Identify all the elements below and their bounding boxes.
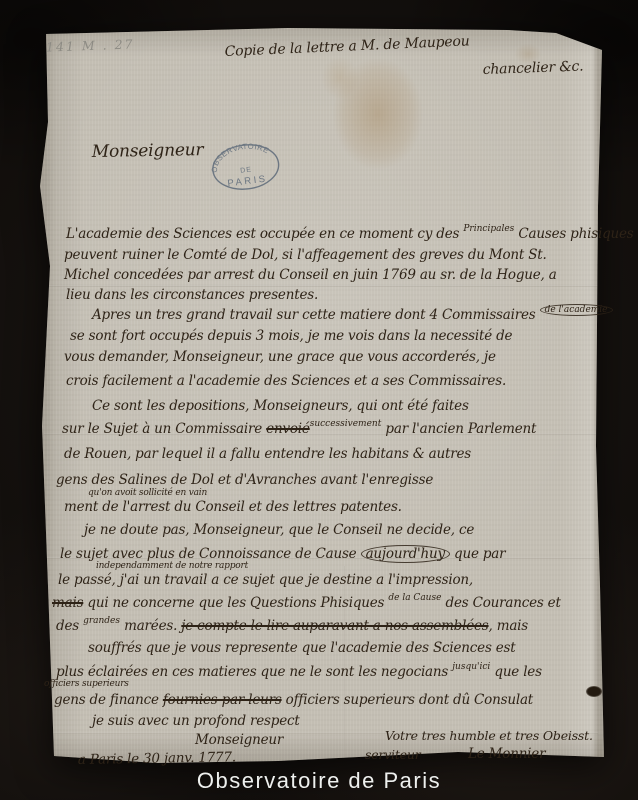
interline-insertion: independamment de notre rapport	[96, 561, 248, 571]
body-line: le sujet avec plus de Connoissance de Ca…	[60, 546, 505, 562]
body-line: de Rouen, par lequel il a fallu entendre…	[64, 446, 471, 462]
body-line: crois facilement a l'academie des Scienc…	[66, 373, 506, 389]
body-line: souffrés que je vous represente que l'ac…	[88, 640, 516, 656]
photo-backdrop: 141 M . 27 OBSERVATOIRE DE PARIS Copie d…	[0, 0, 638, 800]
body-line: sur le Sujet à un Commissaire envoiésucc…	[62, 421, 536, 437]
photo-caption: Observatoire de Paris	[0, 768, 638, 794]
signature: Le Monnier	[468, 746, 545, 762]
handwriting-layer: Copie de la lettre a M. de Maupeouchance…	[0, 0, 638, 800]
interline-insertion: qu'on avoit sollicité en vain	[88, 488, 207, 498]
date-place-line: a Paris le 30 janv. 1777.	[78, 749, 236, 768]
salutation: Monseigneur	[92, 140, 204, 162]
closing-monseigneur: Monseigneur	[195, 732, 283, 748]
interline-insertion: officiers superieurs	[44, 679, 129, 689]
body-line: Apres un tres grand travail sur cette ma…	[92, 307, 613, 323]
body-line: Michel concedées par arrest du Conseil e…	[64, 267, 557, 283]
body-line: se sont fort occupés depuis 3 mois, je m…	[70, 328, 512, 344]
body-line: gens de finance fournies par leurs offic…	[54, 692, 533, 708]
valediction-2: serviteur	[365, 747, 421, 762]
body-line: plus éclairées en ces matieres que ne le…	[56, 664, 542, 680]
body-line: je ne doute pas, Monseigneur, que le Con…	[84, 522, 474, 538]
body-line: le passé, j'ai un travail a ce sujet que…	[58, 572, 473, 588]
body-line: vous demander, Monseigneur, une grace qu…	[64, 349, 496, 365]
body-line: mais qui ne concerne que les Questions P…	[52, 595, 561, 611]
annotation-header-2: chancelier &c.	[482, 58, 583, 78]
body-line: peuvent ruiner le Comté de Dol, si l'aff…	[64, 247, 547, 263]
closing-line: je suis avec un profond respect	[92, 713, 300, 729]
body-line: gens des Salines de Dol et d'Avranches a…	[56, 472, 433, 488]
body-line: ment de l'arrest du Conseil et des lettr…	[64, 499, 402, 515]
body-line: L'academie des Sciences est occupée en c…	[66, 226, 638, 242]
valediction-1: Votre tres humble et tres Obeisst.	[385, 728, 593, 743]
annotation-header-1: Copie de la lettre a M. de Maupeou	[224, 33, 470, 60]
body-line: Ce sont les depositions, Monseigneurs, q…	[92, 398, 469, 414]
body-line: des grandes marées. je compte le lire au…	[56, 618, 528, 634]
body-line: lieu dans les circonstances presentes.	[66, 287, 318, 303]
